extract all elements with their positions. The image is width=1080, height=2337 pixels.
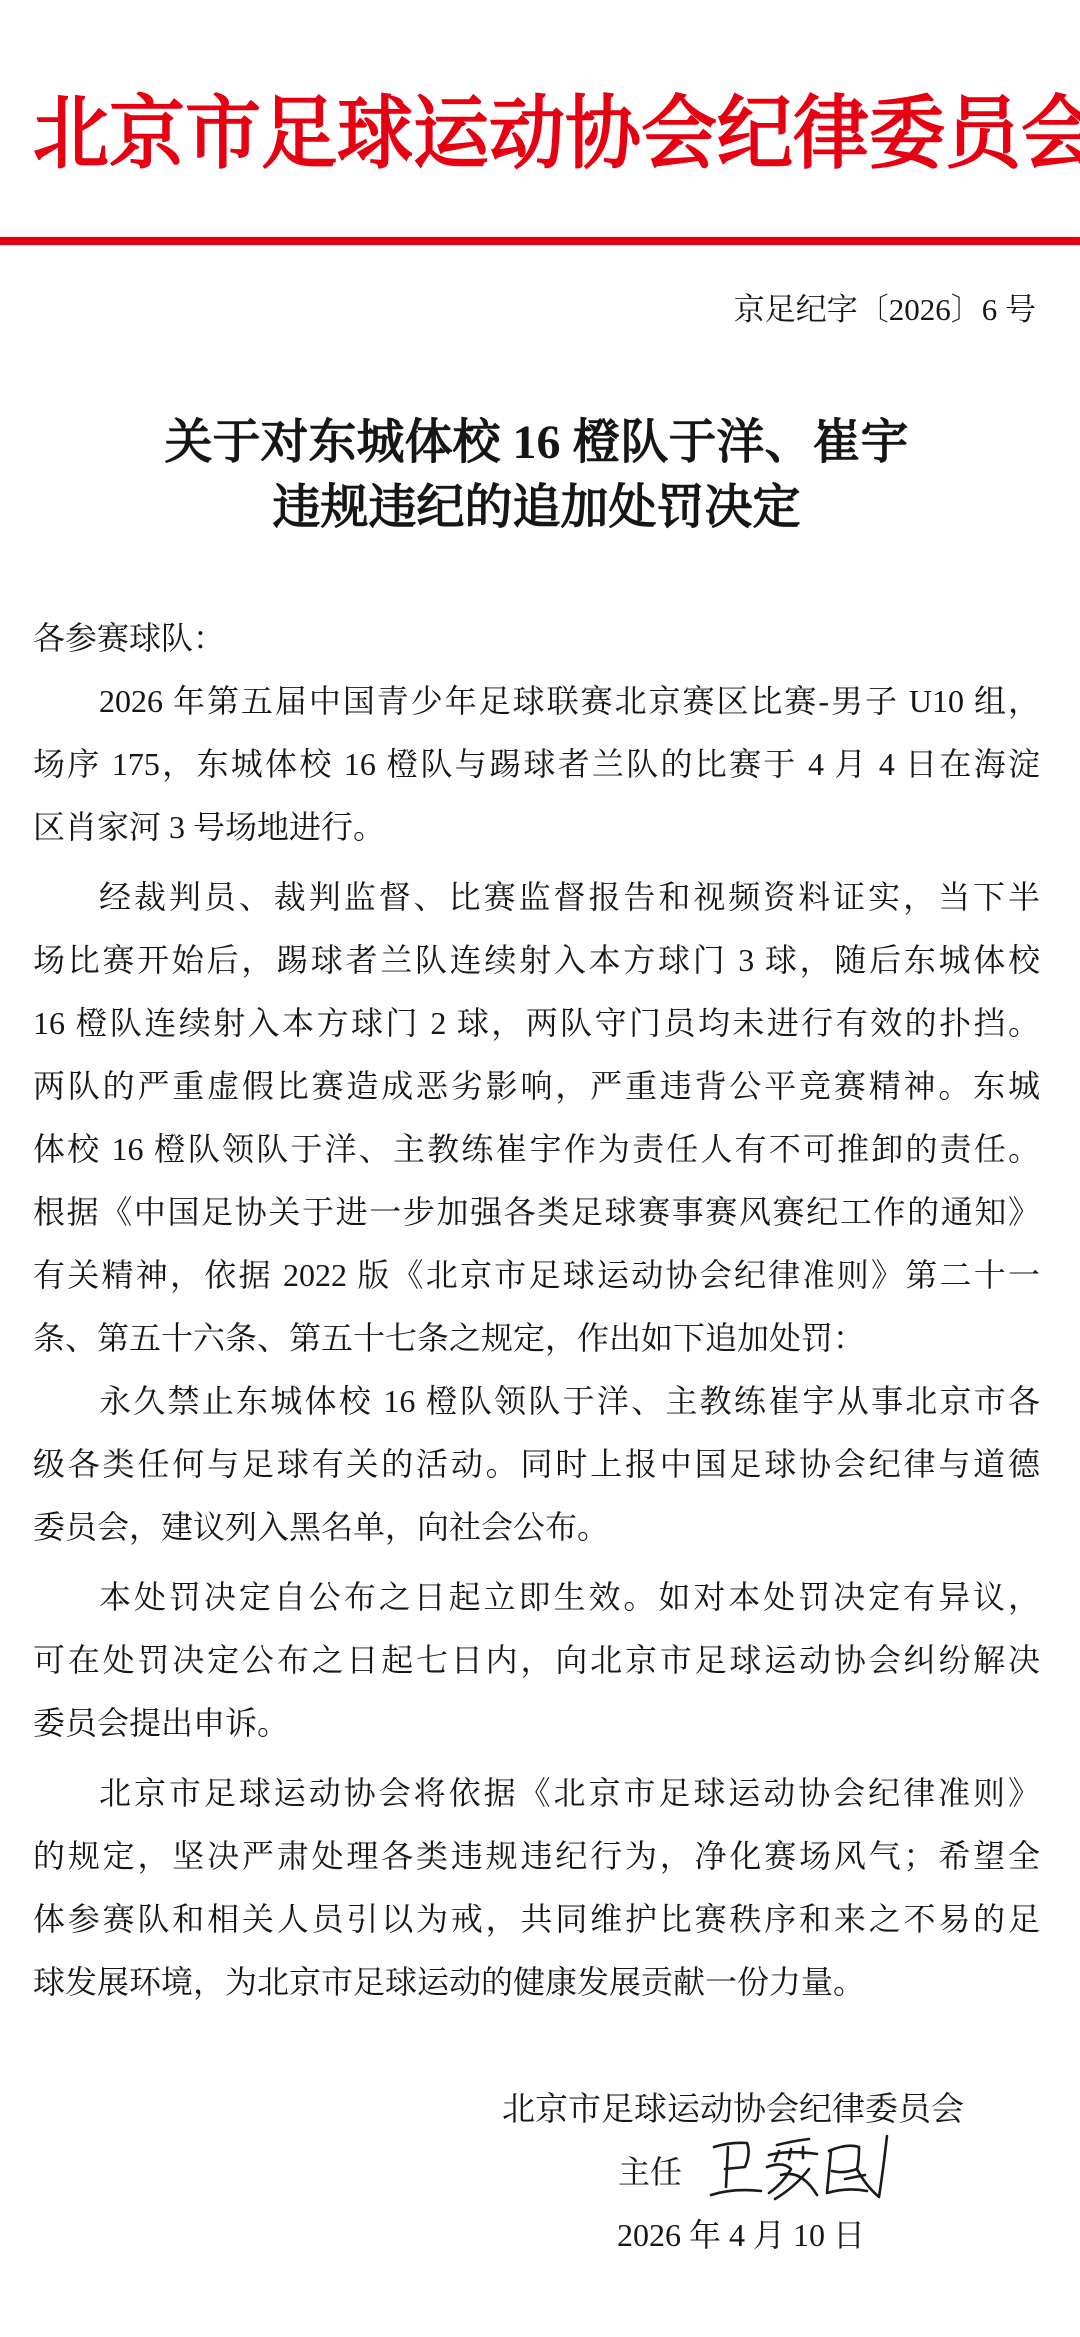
text-line: 两队的严重虚假比赛造成恶劣影响，严重违背公平竞赛精神。东城 (33, 1055, 1040, 1118)
text-line: 级各类任何与足球有关的活动。同时上报中国足球协会纪律与道德 (33, 1433, 1040, 1496)
paragraph-2: 经裁判员、裁判监督、比赛监督报告和视频资料证实，当下半 场比赛开始后，踢球者兰队… (33, 866, 1040, 1370)
text-line: 场序 175，东城体校 16 橙队与踢球者兰队的比赛于 4 月 4 日在海淀 (33, 733, 1040, 796)
text-line: 2026 年第五届中国青少年足球联赛北京赛区比赛-男子 U10 组， (33, 670, 1040, 733)
document-body: 各参赛球队： 2026 年第五届中国青少年足球联赛北京赛区比赛-男子 U10 组… (33, 607, 1040, 2014)
text-line: 有关精神，依据 2022 版《北京市足球运动协会纪律准则》第二十一 (33, 1244, 1040, 1307)
text-line: 条、第五十六条、第五十七条之规定，作出如下追加处罚： (33, 1307, 1040, 1370)
text-line: 球发展环境，为北京市足球运动的健康发展贡献一份力量。 (33, 1951, 1040, 2014)
paragraph-5: 北京市足球运动协会将依据《北京市足球运动协会纪律准则》 的规定，坚决严肃处理各类… (33, 1762, 1040, 2014)
document-number: 京足纪字〔2026〕6 号 (734, 290, 1036, 330)
paragraph-1: 2026 年第五届中国青少年足球联赛北京赛区比赛-男子 U10 组， 场序 17… (33, 670, 1040, 859)
text-line: 16 橙队连续射入本方球门 2 球，两队守门员均未进行有效的扑挡。 (33, 992, 1040, 1055)
handwritten-signature (705, 2133, 890, 2205)
paragraph-4: 本处罚决定自公布之日起立即生效。如对本处罚决定有异议， 可在处罚决定公布之日起七… (33, 1566, 1040, 1755)
text-line: 委员会提出申诉。 (33, 1692, 1040, 1755)
text-line: 体参赛队和相关人员引以为戒，共同维护比赛秩序和来之不易的足 (33, 1888, 1040, 1951)
text-line: 永久禁止东城体校 16 橙队领队于洋、主教练崔宇从事北京市各 (33, 1370, 1040, 1433)
salutation: 各参赛球队： (33, 607, 1040, 670)
heading-line: 违规违纪的追加处罚决定 (33, 475, 1040, 540)
text-line: 场比赛开始后，踢球者兰队连续射入本方球门 3 球，随后东城体校 (33, 929, 1040, 992)
text-line: 体校 16 橙队领队于洋、主教练崔宇作为责任人有不可推卸的责任。 (33, 1118, 1040, 1181)
signoff-organization: 北京市足球运动协会纪律委员会 (502, 2090, 964, 2130)
text-line: 的规定，坚决严肃处理各类违规违纪行为，净化赛场风气；希望全 (33, 1825, 1040, 1888)
text-line: 区肖家河 3 号场地进行。 (33, 796, 1040, 859)
signoff-date: 2026 年 4 月 10 日 (617, 2215, 865, 2255)
text-line: 北京市足球运动协会将依据《北京市足球运动协会纪律准则》 (33, 1762, 1040, 1825)
text-line: 可在处罚决定公布之日起七日内，向北京市足球运动协会纠纷解决 (33, 1629, 1040, 1692)
letterhead-title: 北京市足球运动协会纪律委员会 (33, 85, 1080, 185)
letterhead-red-rule (0, 237, 1080, 245)
text-line: 经裁判员、裁判监督、比赛监督报告和视频资料证实，当下半 (33, 866, 1040, 929)
text-line: 本处罚决定自公布之日起立即生效。如对本处罚决定有异议， (33, 1566, 1040, 1629)
text-line: 委员会，建议列入黑名单，向社会公布。 (33, 1496, 1040, 1559)
text-line: 根据《中国足协关于进一步加强各类足球赛事赛风赛纪工作的通知》 (33, 1181, 1040, 1244)
heading-line: 关于对东城体校 16 橙队于洋、崔宇 (33, 410, 1040, 475)
document-heading: 关于对东城体校 16 橙队于洋、崔宇 违规违纪的追加处罚决定 (33, 410, 1040, 540)
paragraph-3: 永久禁止东城体校 16 橙队领队于洋、主教练崔宇从事北京市各 级各类任何与足球有… (33, 1370, 1040, 1559)
document-page: 北京市足球运动协会纪律委员会 京足纪字〔2026〕6 号 关于对东城体校 16 … (0, 0, 1080, 2337)
signer-title: 主任 (618, 2152, 682, 2192)
